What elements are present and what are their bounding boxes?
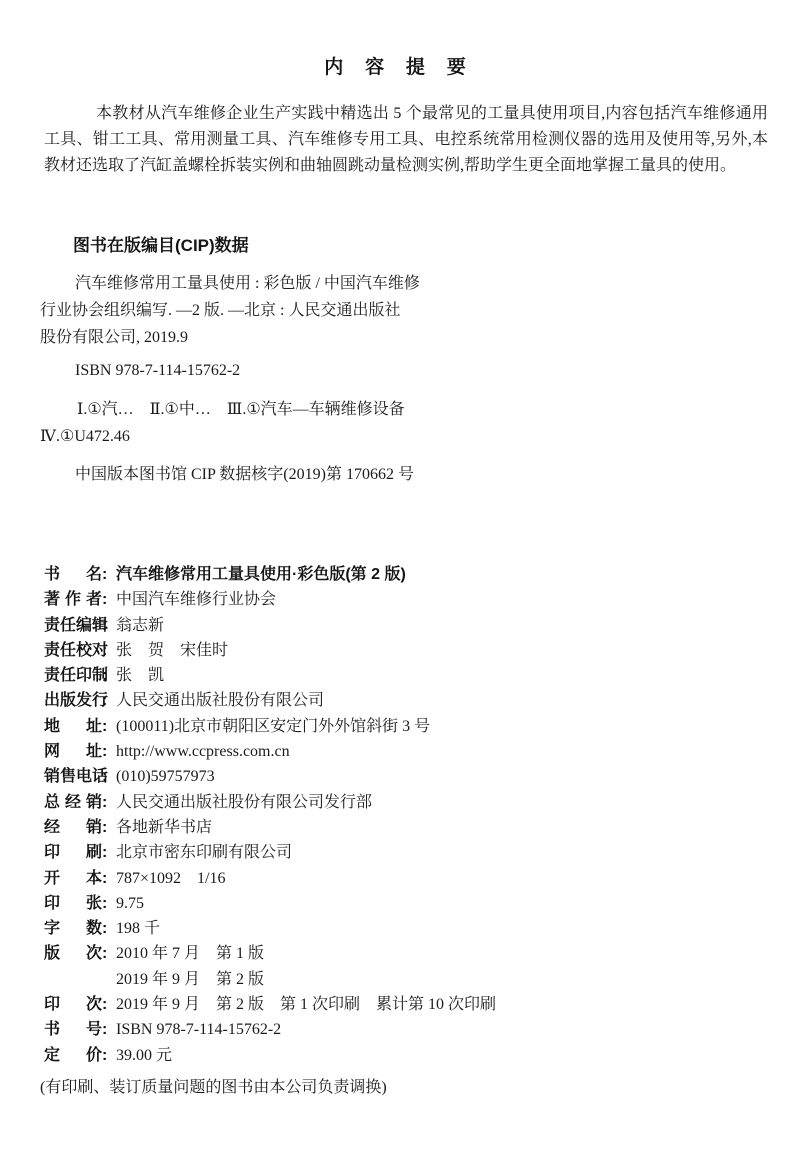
colophon-row-word-count: 字数:198 千 xyxy=(44,916,770,941)
cip-record-number: 中国版本图书馆 CIP 数据核字(2019)第 170662 号 xyxy=(75,461,790,488)
colophon-label: 字数 xyxy=(44,916,102,941)
summary-paragraph: 本教材从汽车维修企业生产实践中精选出 5 个最常见的工量具使用项目,内容包括汽车… xyxy=(44,101,768,179)
colophon-colon: : xyxy=(102,815,116,840)
cip-line: 汽车维修常用工量具使用 : 彩色版 / 中国汽车维修 xyxy=(40,270,492,297)
colophon-label: 印刷 xyxy=(44,840,102,865)
colophon-label: 开本 xyxy=(44,866,102,891)
copyright-page: 内容提要 本教材从汽车维修企业生产实践中精选出 5 个最常见的工量具使用项目,内… xyxy=(0,0,790,1162)
colophon-value: 人民交通出版社股份有限公司 xyxy=(116,692,324,709)
colophon-label: 责任编辑 xyxy=(44,613,102,638)
colophon-colon: : xyxy=(102,891,116,916)
colophon-row-edition-continued: 2019 年 9 月 第 2 版 xyxy=(44,967,770,992)
colophon-label: 书名 xyxy=(44,562,102,587)
colophon-colon: : xyxy=(102,638,116,663)
page-title: 内容提要 xyxy=(0,0,790,79)
colophon-colon: : xyxy=(102,1017,116,1042)
colophon-row-editor: 责任编辑:翁志新 xyxy=(44,613,770,638)
colophon-value: http://www.ccpress.com.cn xyxy=(116,743,290,760)
colophon-value: 2019 年 9 月 第 2 版 第 1 次印刷 累计第 10 次印刷 xyxy=(116,996,496,1013)
colophon-colon: : xyxy=(102,790,116,815)
colophon-colon: : xyxy=(102,663,116,688)
colophon-value: 39.00 元 xyxy=(116,1047,172,1064)
colophon-colon: : xyxy=(102,587,116,612)
colophon-colon: : xyxy=(102,739,116,764)
colophon-colon: : xyxy=(102,992,116,1017)
colophon-label: 责任校对 xyxy=(44,638,102,663)
colophon-colon: : xyxy=(102,840,116,865)
colophon-colon: : xyxy=(102,941,116,966)
colophon-row-distributor: 经销:各地新华书店 xyxy=(44,815,770,840)
colophon-colon: : xyxy=(102,688,116,713)
colophon-label: 责任印制 xyxy=(44,663,102,688)
colophon-row-sales-phone: 销售电话:(010)59757973 xyxy=(44,764,770,789)
quality-exchange-note: (有印刷、装订质量问题的图书由本公司负责调换) xyxy=(40,1075,790,1100)
colophon-label: 印张 xyxy=(44,891,102,916)
colophon-row-sheets: 印张:9.75 xyxy=(44,891,770,916)
cip-classification-line: Ⅰ.①汽… Ⅱ.①中… Ⅲ.①汽车—车辆维修设备 xyxy=(40,396,790,423)
colophon-value: 198 千 xyxy=(116,920,160,937)
colophon-row-impression: 印次:2019 年 9 月 第 2 版 第 1 次印刷 累计第 10 次印刷 xyxy=(44,992,770,1017)
cip-classification: Ⅰ.①汽… Ⅱ.①中… Ⅲ.①汽车—车辆维修设备 Ⅳ.①U472.46 xyxy=(40,396,790,450)
colophon-label: 经销 xyxy=(44,815,102,840)
colophon-label: 书号 xyxy=(44,1017,102,1042)
colophon-label: 出版发行 xyxy=(44,688,102,713)
colophon-value: 9.75 xyxy=(116,895,144,912)
colophon-colon: : xyxy=(102,714,116,739)
colophon-list: 书名:汽车维修常用工量具使用·彩色版(第 2 版) 著作者:中国汽车维修行业协会… xyxy=(44,562,770,1068)
colophon-label: 印次 xyxy=(44,992,102,1017)
colophon-row-isbn: 书号:ISBN 978-7-114-15762-2 xyxy=(44,1017,770,1042)
cip-line: 股份有限公司, 2019.9 xyxy=(40,324,492,351)
colophon-colon: : xyxy=(102,866,116,891)
colophon-row-printer: 印刷:北京市密东印刷有限公司 xyxy=(44,840,770,865)
colophon-value: 人民交通出版社股份有限公司发行部 xyxy=(116,794,372,811)
cip-line: 行业协会组织编写. —2 版. —北京 : 人民交通出版社 xyxy=(40,297,492,324)
colophon-value: (010)59757973 xyxy=(116,768,215,785)
colophon-row-book-title: 书名:汽车维修常用工量具使用·彩色版(第 2 版) xyxy=(44,562,770,587)
colophon-value: 2019 年 9 月 第 2 版 xyxy=(116,971,264,988)
colophon-label: 著作者 xyxy=(44,587,102,612)
colophon-label: 版次 xyxy=(44,941,102,966)
cip-heading: 图书在版编目(CIP)数据 xyxy=(73,231,790,256)
cip-classification-line: Ⅳ.①U472.46 xyxy=(40,423,790,450)
colophon-row-author: 著作者:中国汽车维修行业协会 xyxy=(44,587,770,612)
colophon-label: 销售电话 xyxy=(44,764,102,789)
colophon-value: 2010 年 7 月 第 1 版 xyxy=(116,945,264,962)
cip-paragraph: 汽车维修常用工量具使用 : 彩色版 / 中国汽车维修 行业协会组织编写. —2 … xyxy=(40,270,492,351)
colophon-value: 汽车维修常用工量具使用·彩色版(第 2 版) xyxy=(116,566,406,583)
colophon-row-price: 定价:39.00 元 xyxy=(44,1043,770,1068)
colophon-label: 地址 xyxy=(44,714,102,739)
colophon-colon: : xyxy=(102,562,116,587)
colophon-row-format: 开本:787×1092 1/16 xyxy=(44,866,770,891)
colophon-row-print-supervisor: 责任印制:张 凯 xyxy=(44,663,770,688)
colophon-colon: : xyxy=(102,613,116,638)
colophon-row-address: 地址:(100011)北京市朝阳区安定门外外馆斜街 3 号 xyxy=(44,714,770,739)
colophon-value: 翁志新 xyxy=(116,617,164,634)
colophon-label: 总经销 xyxy=(44,790,102,815)
colophon-row-general-distributor: 总经销:人民交通出版社股份有限公司发行部 xyxy=(44,790,770,815)
colophon-label: 网址 xyxy=(44,739,102,764)
cip-isbn: ISBN 978-7-114-15762-2 xyxy=(75,357,790,384)
colophon-value: 787×1092 1/16 xyxy=(116,870,225,887)
colophon-colon: : xyxy=(102,1043,116,1068)
colophon-colon: : xyxy=(102,764,116,789)
colophon-value: 各地新华书店 xyxy=(116,819,212,836)
colophon-row-edition: 版次:2010 年 7 月 第 1 版 xyxy=(44,941,770,966)
colophon-value: 张 凯 xyxy=(116,667,164,684)
colophon-value: 张 贺 宋佳时 xyxy=(116,642,228,659)
colophon-value: 北京市密东印刷有限公司 xyxy=(116,844,292,861)
colophon-value: 中国汽车维修行业协会 xyxy=(116,591,276,608)
colophon-row-website: 网址:http://www.ccpress.com.cn xyxy=(44,739,770,764)
colophon-colon: : xyxy=(102,916,116,941)
colophon-row-publisher: 出版发行:人民交通出版社股份有限公司 xyxy=(44,688,770,713)
colophon-row-proofreader: 责任校对:张 贺 宋佳时 xyxy=(44,638,770,663)
colophon-label: 定价 xyxy=(44,1043,102,1068)
colophon-value: (100011)北京市朝阳区安定门外外馆斜街 3 号 xyxy=(116,718,430,735)
colophon-value: ISBN 978-7-114-15762-2 xyxy=(116,1021,281,1038)
